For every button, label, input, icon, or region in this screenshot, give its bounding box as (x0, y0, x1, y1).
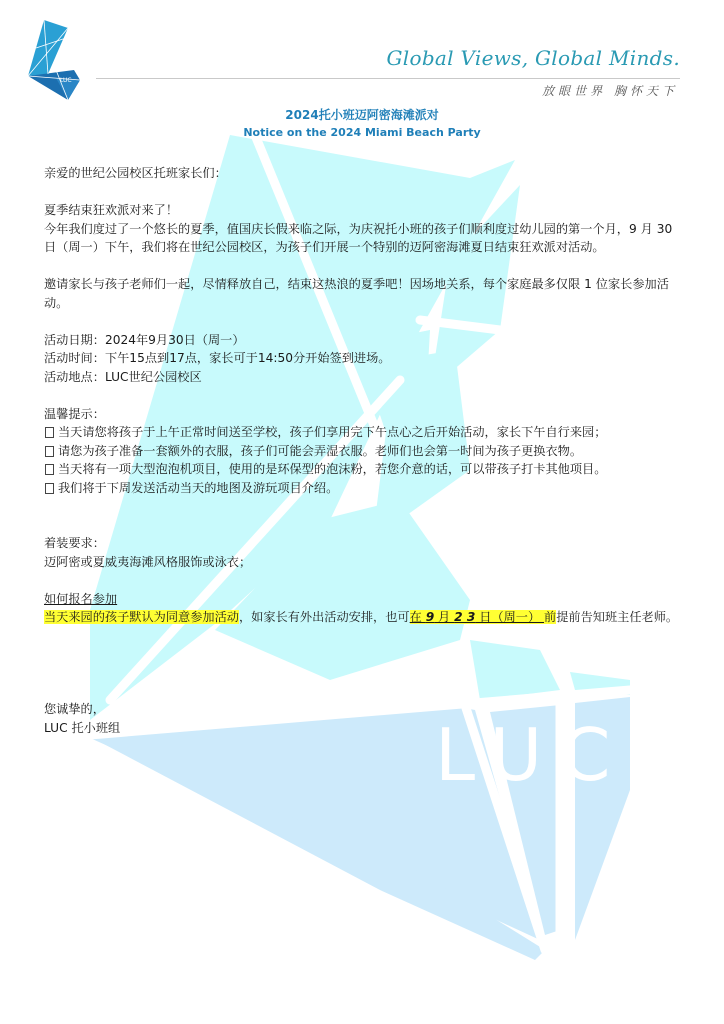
signup-heading: 如何报名参加 (44, 590, 684, 609)
signature: LUC 托小班组 (44, 719, 684, 738)
header-divider (96, 78, 680, 79)
tip-item: 我们将于下周发送活动当天的地图及游玩项目介绍。 (44, 479, 684, 498)
tip-item: 当天将有一项大型泡泡机项目，使用的是环保型的泡沫粉，若您介意的话，可以带孩子打卡… (44, 460, 684, 479)
document-title: 2024托小班迈阿密海滩派对 Notice on the 2024 Miami … (0, 107, 724, 141)
detail-location: 活动地点：LUC世纪公园校区 (44, 368, 684, 387)
detail-date: 活动日期：2024年9月30日（周一） (44, 331, 684, 350)
tip-item: 当天请您将孩子于上午正常时间送至学校，孩子们享用完下午点心之后开始活动，家长下午… (44, 423, 684, 442)
luc-logo: LUC (26, 18, 88, 102)
dress-body: 迈阿密或夏威夷海滩风格服饰或泳衣； (44, 553, 684, 572)
tips-heading: 温馨提示： (44, 405, 684, 424)
motto-english: Global Views, Global Minds. (387, 46, 681, 70)
motto-chinese: 放眼世界 胸怀天下 (542, 82, 678, 99)
checkbox-icon (45, 483, 54, 494)
checkbox-icon (45, 446, 54, 457)
title-chinese: 2024托小班迈阿密海滩派对 (0, 107, 724, 124)
highlight-deadline: 在 9 月 2 3 日（周一） (410, 610, 544, 624)
checkbox-icon (45, 427, 54, 438)
intro-paragraph: 今年我们度过了一个悠长的夏季，值国庆长假来临之际，为庆祝托小班的孩子们顺利度过幼… (44, 220, 684, 257)
invite-paragraph: 邀请家长与孩子老师们一起，尽情释放自己，结束这热浪的夏季吧！因场地关系，每个家庭… (44, 275, 684, 312)
intro-heading: 夏季结束狂欢派对来了！ (44, 201, 684, 220)
dress-heading: 着装要求： (44, 534, 684, 553)
closing: 您诚挚的， (44, 700, 684, 719)
checkbox-icon (45, 464, 54, 475)
highlight-default-consent: 当天来园的孩子默认为同意参加活动 (44, 610, 239, 624)
detail-time: 活动时间：下午15点到17点，家长可于14:50分开始签到进场。 (44, 349, 684, 368)
letter-body: 亲爱的世纪公园校区托班家长们： 夏季结束狂欢派对来了！ 今年我们度过了一个悠长的… (44, 164, 684, 737)
title-english: Notice on the 2024 Miami Beach Party (0, 124, 724, 141)
svg-text:LUC: LUC (60, 77, 72, 84)
signup-paragraph: 当天来园的孩子默认为同意参加活动，如家长有外出活动安排，也可在 9 月 2 3 … (44, 608, 684, 627)
salutation: 亲爱的世纪公园校区托班家长们： (44, 164, 684, 183)
tip-item: 请您为孩子准备一套额外的衣服，孩子们可能会弄湿衣服。老师们也会第一时间为孩子更换… (44, 442, 684, 461)
